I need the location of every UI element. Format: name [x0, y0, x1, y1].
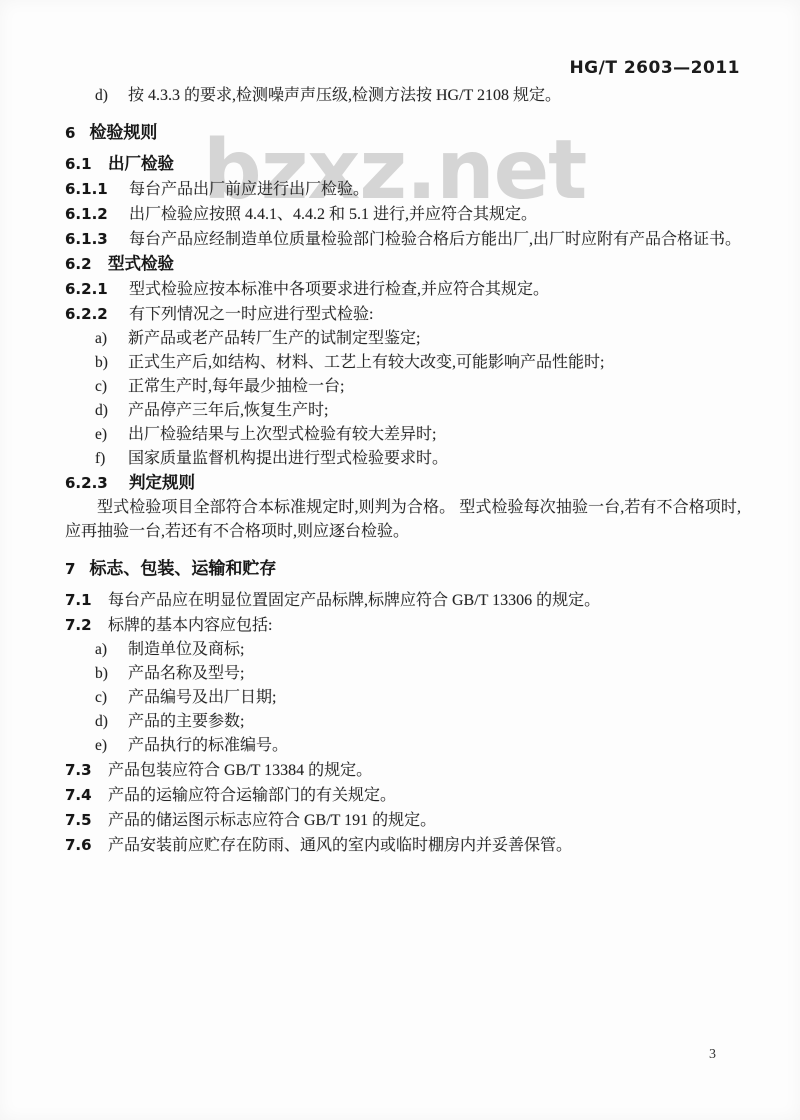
- clause-number: 6.1.2: [65, 202, 129, 226]
- clause-text: 产品安装前应贮存在防雨、通风的室内或临时棚房内并妥善保管。: [108, 837, 572, 854]
- standard-number-header: HG/T 2603—2011: [569, 58, 740, 78]
- clause-text: 按 4.3.3 的要求,检测噪声声压级,检测方法按 HG/T 2108 规定。: [128, 87, 561, 104]
- clause-text: 产品的主要参数;: [128, 713, 244, 730]
- section-heading: 7标志、包装、运输和贮存: [65, 556, 741, 583]
- clause-number: 6.2: [65, 252, 108, 276]
- clause: 7.5产品的储运图示标志应符合 GB/T 191 的规定。: [65, 808, 741, 833]
- item-letter: e): [95, 734, 128, 758]
- clause-text: 产品包装应符合 GB/T 13384 的规定。: [108, 762, 372, 779]
- item-letter: a): [95, 327, 128, 351]
- heading-title: 标志、包装、运输和贮存: [89, 559, 276, 579]
- clause-number: 7.6: [65, 833, 108, 857]
- clause-text: 标牌的基本内容应包括:: [108, 617, 272, 634]
- clause-text: 出厂检验结果与上次型式检验有较大差异时;: [128, 426, 436, 443]
- subsection-heading: 6.2型式检验: [65, 252, 741, 277]
- clause-text: 产品执行的标准编号。: [128, 737, 288, 754]
- lettered-list-item: d)产品的主要参数;: [65, 710, 741, 734]
- clause-number: 6.2.3: [65, 471, 129, 495]
- lettered-list-item: f)国家质量监督机构提出进行型式检验要求时。: [65, 447, 741, 471]
- clause: 7.3产品包装应符合 GB/T 13384 的规定。: [65, 758, 741, 783]
- item-letter: d): [95, 399, 128, 423]
- paragraph: 型式检验项目全部符合本标准规定时,则判为合格。 型式检验每次抽验一台,若有不合格…: [65, 496, 741, 544]
- clause-text: 制造单位及商标;: [128, 641, 244, 658]
- lettered-list-item: e)出厂检验结果与上次型式检验有较大差异时;: [65, 423, 741, 447]
- clause: 7.2标牌的基本内容应包括:: [65, 613, 741, 638]
- clause-text: 产品的运输应符合运输部门的有关规定。: [108, 787, 396, 804]
- item-letter: f): [95, 447, 128, 471]
- item-letter: d): [95, 84, 128, 108]
- lettered-list-item: b)正式生产后,如结构、材料、工艺上有较大改变,可能影响产品性能时;: [65, 351, 741, 375]
- item-letter: d): [95, 710, 128, 734]
- clause-text: 产品名称及型号;: [128, 665, 244, 682]
- clause-number: 7.4: [65, 783, 108, 807]
- subsection-heading: 6.1出厂检验: [65, 152, 741, 177]
- heading-title: 判定规则: [129, 473, 195, 492]
- clause-text: 每台产品应经制造单位质量检验部门检验合格后方能出厂,出厂时应附有产品合格证书。: [129, 231, 741, 248]
- clause-text: 出厂检验应按照 4.4.1、4.4.2 和 5.1 进行,并应符合其规定。: [129, 206, 537, 223]
- clause-number: 7: [65, 556, 75, 582]
- section-heading: 6检验规则: [65, 120, 741, 147]
- clause-text: 产品编号及出厂日期;: [128, 689, 276, 706]
- lettered-list-item: a)新产品或老产品转厂生产的试制定型鉴定;: [65, 327, 741, 351]
- clause-text: 有下列情况之一时应进行型式检验:: [129, 306, 373, 323]
- clause-text: 型式检验项目全部符合本标准规定时,则判为合格。 型式检验每次抽验一台,若有不合格…: [65, 499, 741, 540]
- clause-number: 6.1.3: [65, 227, 129, 251]
- item-letter: c): [95, 375, 128, 399]
- page-number: 3: [709, 1047, 716, 1063]
- clause-text: 每台产品出厂前应进行出厂检验。: [129, 181, 369, 198]
- clause-text: 正常生产时,每年最少抽检一台;: [128, 378, 344, 395]
- clause: 7.1每台产品应在明显位置固定产品标牌,标牌应符合 GB/T 13306 的规定…: [65, 588, 741, 613]
- item-letter: b): [95, 662, 128, 686]
- lettered-list-item: c)正常生产时,每年最少抽检一台;: [65, 375, 741, 399]
- lettered-list-item: d)按 4.3.3 的要求,检测噪声声压级,检测方法按 HG/T 2108 规定…: [65, 84, 741, 108]
- heading-title: 出厂检验: [108, 154, 174, 173]
- clause-text: 每台产品应在明显位置固定产品标牌,标牌应符合 GB/T 13306 的规定。: [108, 592, 600, 609]
- heading-title: 检验规则: [89, 123, 157, 143]
- clause-text: 产品的储运图示标志应符合 GB/T 191 的规定。: [108, 812, 436, 829]
- lettered-list-item: c)产品编号及出厂日期;: [65, 686, 741, 710]
- item-letter: b): [95, 351, 128, 375]
- clause: 6.1.3每台产品应经制造单位质量检验部门检验合格后方能出厂,出厂时应附有产品合…: [65, 227, 741, 252]
- item-letter: e): [95, 423, 128, 447]
- clause: 6.1.1每台产品出厂前应进行出厂检验。: [65, 177, 741, 202]
- clause-number: 7.3: [65, 758, 108, 782]
- clause-number: 6.2.2: [65, 302, 129, 326]
- clause: 7.4产品的运输应符合运输部门的有关规定。: [65, 783, 741, 808]
- clause: 6.2.1型式检验应按本标准中各项要求进行检查,并应符合其规定。: [65, 277, 741, 302]
- heading-title: 型式检验: [108, 254, 174, 273]
- clause-number: 7.5: [65, 808, 108, 832]
- clause-text: 正式生产后,如结构、材料、工艺上有较大改变,可能影响产品性能时;: [128, 354, 604, 371]
- document-page: bzxz.net HG/T 2603—2011 d)按 4.3.3 的要求,检测…: [0, 0, 800, 1120]
- clause-number: 7.1: [65, 588, 108, 612]
- lettered-list-item: e)产品执行的标准编号。: [65, 734, 741, 758]
- lettered-list-item: b)产品名称及型号;: [65, 662, 741, 686]
- clause-text: 产品停产三年后,恢复生产时;: [128, 402, 328, 419]
- clause-number: 6.2.1: [65, 277, 129, 301]
- item-letter: a): [95, 638, 128, 662]
- clause-text: 型式检验应按本标准中各项要求进行检查,并应符合其规定。: [129, 281, 549, 298]
- lettered-list-item: d)产品停产三年后,恢复生产时;: [65, 399, 741, 423]
- clause-number: 6.1.1: [65, 177, 129, 201]
- subsection-heading: 6.2.3判定规则: [65, 471, 741, 496]
- clause-text: 国家质量监督机构提出进行型式检验要求时。: [128, 450, 448, 467]
- clause: 6.1.2出厂检验应按照 4.4.1、4.4.2 和 5.1 进行,并应符合其规…: [65, 202, 741, 227]
- clause-text: 新产品或老产品转厂生产的试制定型鉴定;: [128, 330, 420, 347]
- clause: 7.6产品安装前应贮存在防雨、通风的室内或临时棚房内并妥善保管。: [65, 833, 741, 858]
- clause-number: 7.2: [65, 613, 108, 637]
- document-body: d)按 4.3.3 的要求,检测噪声声压级,检测方法按 HG/T 2108 规定…: [65, 84, 741, 858]
- clause: 6.2.2有下列情况之一时应进行型式检验:: [65, 302, 741, 327]
- item-letter: c): [95, 686, 128, 710]
- lettered-list-item: a)制造单位及商标;: [65, 638, 741, 662]
- clause-number: 6: [65, 120, 75, 146]
- clause-number: 6.1: [65, 152, 108, 176]
